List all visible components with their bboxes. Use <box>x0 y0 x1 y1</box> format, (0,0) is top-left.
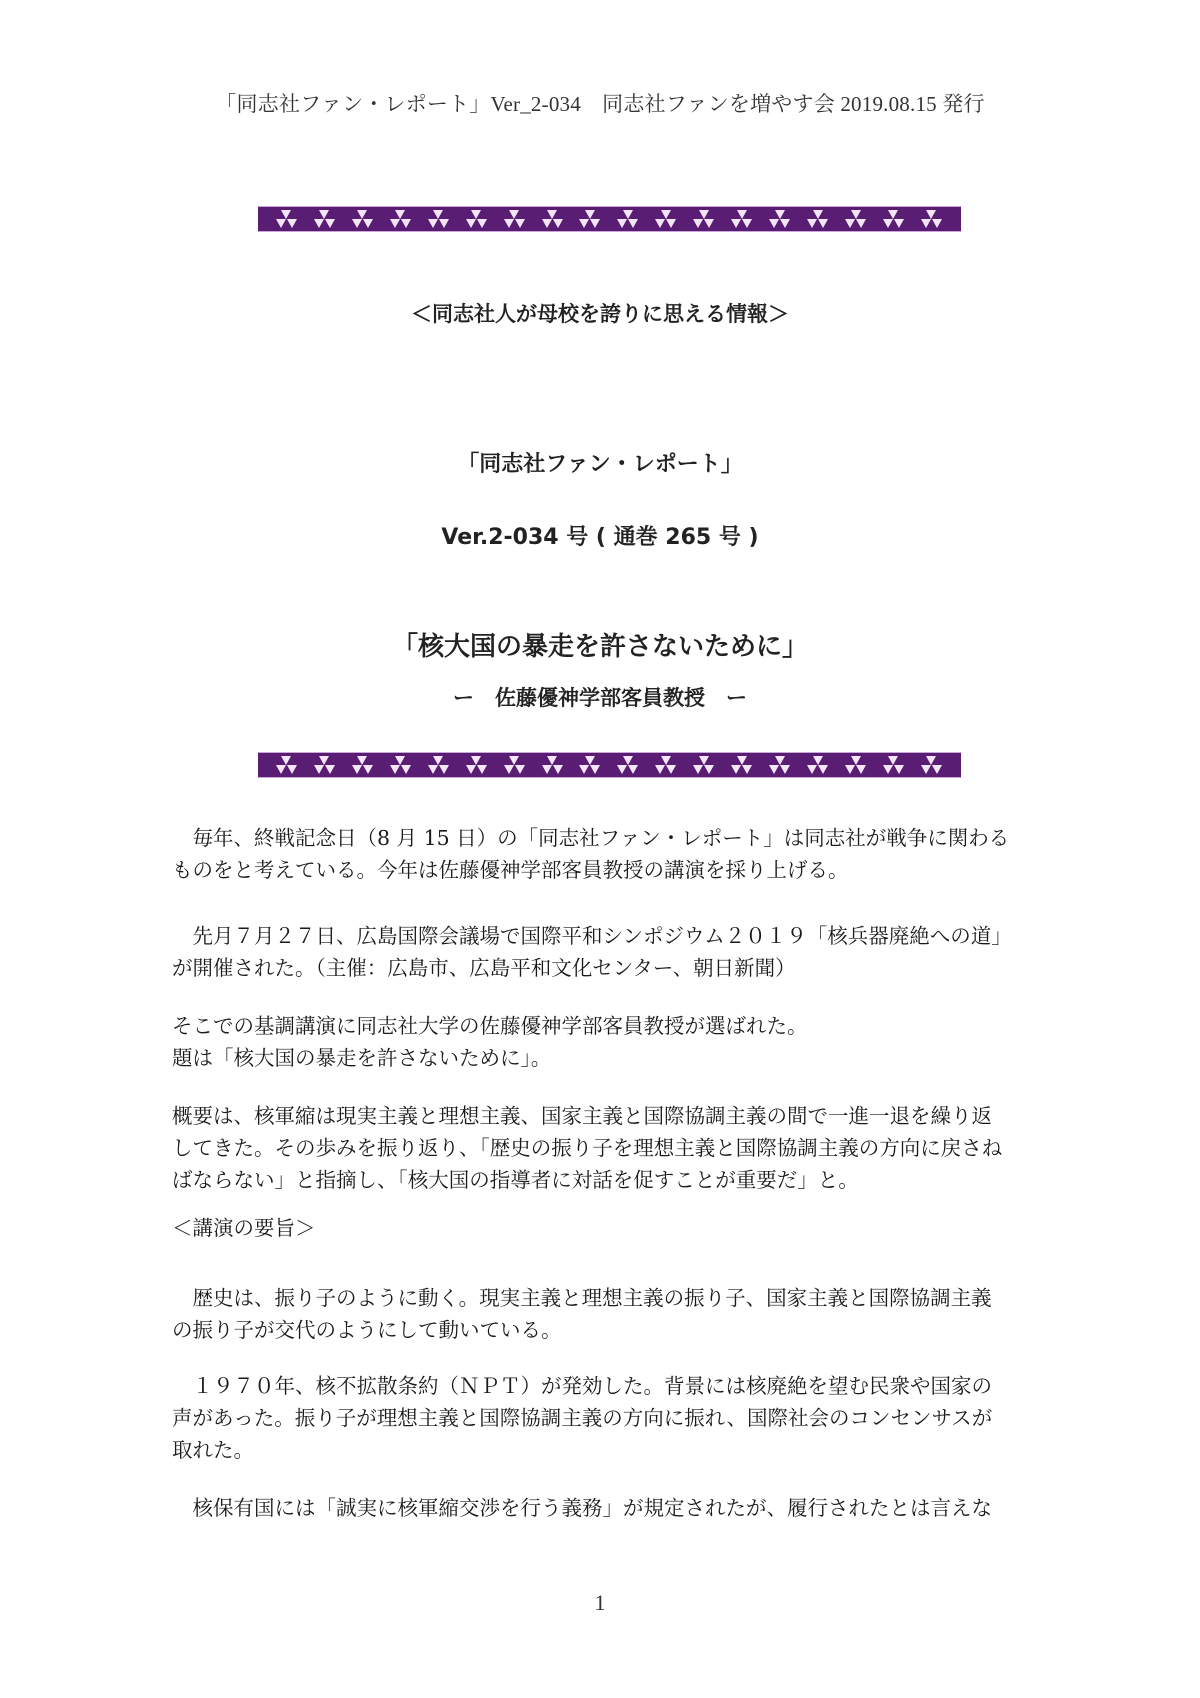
triangle-trefoil-icon <box>921 210 943 228</box>
text-line: が開催された。（主催：広島市、広島平和文化センター、朝日新聞） <box>172 952 1034 984</box>
body-paragraph: 毎年、終戦記念日（8 月 15 日）の「同志社ファン・レポート」は同志社が戦争に… <box>172 822 1034 886</box>
decorative-band-top <box>258 206 961 232</box>
triangle-trefoil-icon <box>807 756 829 774</box>
triangle-trefoil-icon <box>769 210 791 228</box>
body-paragraph: １９７０年、核不拡散条約（ＮＰＴ）が発効した。背景には核廃絶を望む民衆や国家の … <box>172 1370 1034 1466</box>
body-paragraph: 概要は、核軍縮は現実主義と理想主義、国家主義と国際協調主義の間で一進一退を繰り返… <box>172 1100 1034 1196</box>
triangle-trefoil-icon <box>693 756 715 774</box>
triangle-trefoil-icon <box>314 210 336 228</box>
text-line: 題は「核大国の暴走を許さないために」。 <box>172 1042 1034 1074</box>
triangle-trefoil-icon <box>655 756 677 774</box>
triangle-trefoil-icon <box>428 756 450 774</box>
section-heading: ＜講演の要旨＞ <box>172 1212 1034 1244</box>
triangle-trefoil-icon <box>807 210 829 228</box>
text-line: の振り子が交代のようにして動いている。 <box>172 1314 1034 1346</box>
triangle-trefoil-icon <box>466 210 488 228</box>
triangle-trefoil-icon <box>731 210 753 228</box>
triangle-trefoil-icon <box>390 210 412 228</box>
triangle-trefoil-icon <box>276 210 298 228</box>
report-title: 「同志社ファン・レポート」 <box>0 447 1200 478</box>
text-line: してきた。その歩みを振り返り、「歴史の振り子を理想主義と国際協調主義の方向に戻さ… <box>172 1132 1034 1164</box>
triangle-trefoil-icon <box>845 756 867 774</box>
body-paragraph: 歴史は、振り子のように動く。現実主義と理想主義の振り子、国家主義と国際協調主義 … <box>172 1282 1034 1346</box>
triangle-trefoil-icon <box>542 210 564 228</box>
triangle-trefoil-icon <box>428 210 450 228</box>
triangle-trefoil-icon <box>504 210 526 228</box>
body-paragraph: そこでの基調講演に同志社大学の佐藤優神学部客員教授が選ばれた。 題は「核大国の暴… <box>172 1010 1034 1074</box>
text-line: 概要は、核軍縮は現実主義と理想主義、国家主義と国際協調主義の間で一進一退を繰り返 <box>172 1100 1034 1132</box>
text-line: 取れた。 <box>172 1434 1034 1466</box>
body-paragraph: 先月７月２７日、広島国際会議場で国際平和シンポジウム２０１９「核兵器廃絶への道」… <box>172 920 1034 984</box>
triangle-trefoil-icon <box>655 210 677 228</box>
triangle-trefoil-icon <box>579 210 601 228</box>
decorative-band-bottom <box>258 752 961 778</box>
text-line: 毎年、終戦記念日（8 月 15 日）の「同志社ファン・レポート」は同志社が戦争に… <box>172 822 1034 854</box>
issue-number: Ver.2-034 号 ( 通巻 265 号 ) <box>0 520 1200 551</box>
triangle-trefoil-icon <box>883 210 905 228</box>
triangle-trefoil-icon <box>314 756 336 774</box>
triangle-trefoil-icon <box>352 210 374 228</box>
triangle-trefoil-icon <box>769 756 791 774</box>
body-paragraph: 核保有国には「誠実に核軍縮交渉を行う義務」が規定されたが、履行されたとは言えな <box>172 1492 1034 1524</box>
author-line: ー 佐藤優神学部客員教授 ー <box>0 682 1200 712</box>
text-line: 声があった。振り子が理想主義と国際協調主義の方向に振れ、国際社会のコンセンサスが <box>172 1402 1034 1434</box>
text-line: ＜講演の要旨＞ <box>172 1212 1034 1244</box>
triangle-trefoil-icon <box>883 756 905 774</box>
triangle-trefoil-icon <box>693 210 715 228</box>
page-title: 「核大国の暴走を許さないために」 <box>0 626 1200 663</box>
text-line: 先月７月２７日、広島国際会議場で国際平和シンポジウム２０１９「核兵器廃絶への道」 <box>172 920 1034 952</box>
triangle-trefoil-icon <box>504 756 526 774</box>
text-line: そこでの基調講演に同志社大学の佐藤優神学部客員教授が選ばれた。 <box>172 1010 1034 1042</box>
triangle-trefoil-icon <box>921 756 943 774</box>
text-line: １９７０年、核不拡散条約（ＮＰＴ）が発効した。背景には核廃絶を望む民衆や国家の <box>172 1370 1034 1402</box>
triangle-trefoil-icon <box>579 756 601 774</box>
triangle-trefoil-icon <box>617 756 639 774</box>
triangle-trefoil-icon <box>390 756 412 774</box>
text-line: ものをと考えている。今年は佐藤優神学部客員教授の講演を採り上げる。 <box>172 854 1034 886</box>
running-header: 「同志社ファン・レポート」Ver_2-034 同志社ファンを増やす会 2019.… <box>0 88 1200 118</box>
triangle-trefoil-icon <box>617 210 639 228</box>
document-page: 「同志社ファン・レポート」Ver_2-034 同志社ファンを増やす会 2019.… <box>0 0 1200 1698</box>
text-line: ばならない」と指摘し、「核大国の指導者に対話を促すことが重要だ」と。 <box>172 1164 1034 1196</box>
page-number: 1 <box>0 1590 1200 1616</box>
text-line: 歴史は、振り子のように動く。現実主義と理想主義の振り子、国家主義と国際協調主義 <box>172 1282 1034 1314</box>
triangle-trefoil-icon <box>352 756 374 774</box>
triangle-trefoil-icon <box>731 756 753 774</box>
triangle-trefoil-icon <box>466 756 488 774</box>
text-line: 核保有国には「誠実に核軍縮交渉を行う義務」が規定されたが、履行されたとは言えな <box>172 1492 1034 1524</box>
subtitle: ＜同志社人が母校を誇りに思える情報＞ <box>0 298 1200 328</box>
triangle-trefoil-icon <box>845 210 867 228</box>
triangle-trefoil-icon <box>276 756 298 774</box>
triangle-trefoil-icon <box>542 756 564 774</box>
